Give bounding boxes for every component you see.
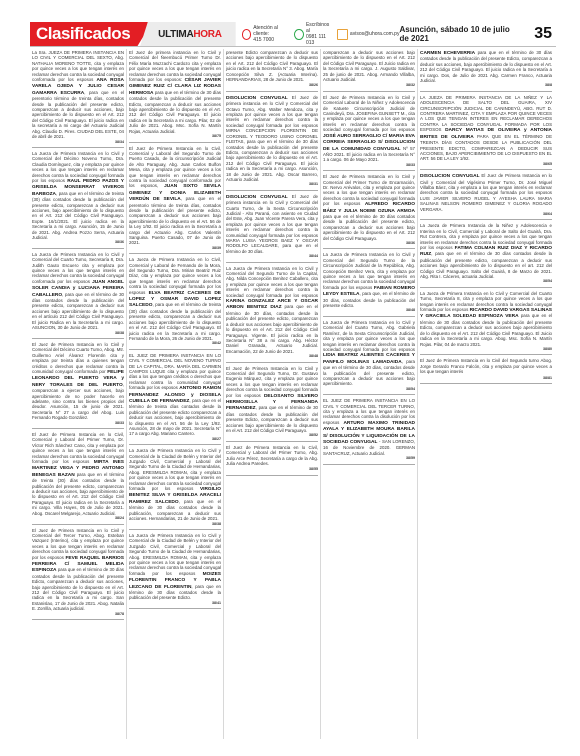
notice-names: DISOLUCION CONYUGAL — [420, 174, 480, 179]
notice-code: 38/36 — [323, 241, 415, 246]
mail-icon — [337, 29, 348, 40]
newspaper-page: Clasificados ULTIMAHORA Atención al clie… — [30, 22, 556, 738]
notice-text: para que en el término de 30 días contad… — [32, 567, 124, 611]
legal-notice: La Jueza de Primera Instancia en lo Civi… — [226, 265, 318, 363]
notice-text: , comparezcan a ejercer sus acciones, ba… — [32, 382, 124, 420]
notice-text: , para que en el término de treinta días… — [129, 398, 221, 436]
notice-code: 38/33 — [323, 163, 415, 168]
legal-notice: El Juez de Primera Instancia en lo Civil… — [420, 357, 552, 384]
notice-code: 38/81 — [420, 376, 552, 381]
legal-notice: DISOLUCION CONYUGAL El Juez de primera i… — [226, 193, 318, 263]
legal-notice: comparezcan a deducir sus acciones bajo … — [323, 49, 415, 92]
notice-text: El Juez de Primera Instancia en lo Civil… — [129, 146, 221, 189]
legal-notice: La Jueza de Primera Instancia en lo Civi… — [420, 290, 552, 355]
legal-notice: La Jueza de Primera Instancia en lo Civi… — [129, 447, 221, 530]
ultimahora-logo: ULTIMAHORA — [140, 22, 235, 46]
notice-text: , para que en el término de 30 días cont… — [32, 292, 124, 330]
legal-notice: La Jueza de Primera Instancia en lo Civi… — [323, 251, 415, 316]
legal-notice: El Juez de primera instancia en lo Civil… — [129, 49, 221, 143]
legal-notice: EL JUEZ DE PRIMERA INSTANCIA EN LO CIVIL… — [323, 397, 415, 464]
column-1: La Sra. JUEZA DE PRIMERA INSTANCIA EN LO… — [30, 49, 127, 739]
contact-whatsapp: Escríbinos al0981 111 013 — [294, 22, 330, 46]
notice-text: El Juez de Primera Instancia en lo Civil… — [420, 358, 552, 374]
notice-code: 38/33 — [32, 421, 124, 426]
notice-code: 38/55 — [226, 467, 318, 472]
notice-text: , para que en el término de treinta (30)… — [129, 302, 221, 340]
notice-text: , para que en el perentorio término de t… — [129, 196, 221, 245]
section-title: Clasificados — [30, 22, 152, 46]
notice-columns: La Sra. JUEZA DE PRIMERA INSTANCIA EN LO… — [30, 49, 556, 739]
notice-code: 38/65 — [420, 162, 552, 167]
notice-code: 38/34 — [32, 140, 124, 145]
column-2: El Juez de primera instancia en lo Civil… — [127, 49, 224, 739]
logo-part-ultima: ULTIMA — [158, 29, 193, 40]
contact-value: 415 7000 — [253, 37, 274, 43]
notice-code: 38/31 — [226, 182, 318, 187]
notice-code: 38/54 — [323, 387, 415, 392]
notice-code: 38/8 — [420, 83, 552, 88]
notice-text: El Juez de primera instancia en lo Civil… — [226, 95, 318, 182]
legal-notice: La Jueza de Primera Instancia en lo Civi… — [323, 319, 415, 395]
legal-notice: La Jueza de Primera Instancia en lo Civi… — [32, 150, 124, 249]
legal-notice: El Juez de Primera Instancia en lo Civil… — [323, 173, 415, 249]
notice-names: DISOLUCION CONYUGAL — [226, 195, 288, 200]
notice-code: 38/78 — [32, 612, 124, 617]
notice-text: El Juez de Primera Instancia en lo Civil… — [323, 95, 415, 132]
page-header: Clasificados ULTIMAHORA Atención al clie… — [30, 22, 556, 47]
notice-code: 38/80 — [420, 347, 552, 352]
notice-names: DISOLUCION CONYUGAL — [226, 96, 288, 101]
notice-code: 38/27 — [129, 437, 221, 442]
notice-text: comparezcan a deducir sus acciones bajo … — [323, 50, 415, 82]
legal-notice: La Sra. JUEZA DE PRIMERA INSTANCIA EN LO… — [32, 49, 124, 148]
legal-notice: presente Edicto comparezcan a deducir su… — [226, 49, 318, 92]
notice-code: 38/54 — [420, 279, 552, 284]
contact-email: avisos@uhora.com.py — [337, 29, 400, 40]
notice-text: para que en el término de treinta (30) d… — [32, 472, 124, 516]
notice-code: 38/41 — [129, 601, 221, 606]
phone-icon — [242, 29, 252, 40]
notice-code: 38/64 — [420, 212, 552, 217]
contact-phone: Atención al cliente:415 7000 — [242, 25, 289, 43]
logo-part-hora: HORA — [193, 29, 221, 40]
legal-notice: La Jueza de Primera Instancia en lo Civi… — [129, 256, 221, 350]
notice-code: 38/48 — [323, 308, 415, 313]
notice-text: El Juez de Primera Instancia en lo Civil… — [420, 173, 552, 211]
notice-code: 38/38 — [32, 331, 124, 336]
notice-text: El Juez de Primera Instancia en lo Civil… — [226, 445, 318, 466]
legal-notice: EL JUEZ DE PRIMERA INSTANCIA EN LO CIVIL… — [129, 352, 221, 446]
whatsapp-icon — [294, 29, 304, 40]
notice-code: 38/52 — [226, 433, 318, 438]
notice-text: La Jueza de Primera Instancia en lo Civi… — [323, 320, 415, 352]
column-5: CARMEN ECHEVERRIA para que en el término… — [418, 49, 554, 739]
legal-notice: CARMEN ECHEVERRIA para que en el término… — [420, 49, 552, 92]
notice-code: 38/36 — [32, 240, 124, 245]
notice-text: para que en el término de 30 días contad… — [129, 90, 221, 134]
notice-text: La Jueza de Primera Instancia en lo Civi… — [129, 257, 221, 294]
notice-text: presente Edicto comparezcan a deducir su… — [226, 50, 318, 82]
issue-date: Asunción, sábado 10 de julio de 2021 — [399, 25, 520, 43]
contact-value: avisos@uhora.com.py — [350, 31, 400, 37]
legal-notice: DISOLUCION CONYUGAL El Juez de Primera I… — [420, 172, 552, 220]
column-3: presente Edicto comparezcan a deducir su… — [224, 49, 321, 739]
notice-code: 38/59 — [323, 456, 415, 461]
notice-code: 38/44 — [226, 254, 318, 259]
notice-names: CARMEN ECHEVERRIA — [420, 51, 475, 56]
legal-notice: El Juez de Primera Instancia en lo Civil… — [32, 341, 124, 429]
notice-code: 38/24 — [32, 516, 124, 521]
notice-code: 38/39 — [129, 246, 221, 251]
notice-text: El Juez de primera instancia en lo Civil… — [226, 194, 318, 254]
notice-code: 38/38 — [129, 522, 221, 527]
notice-text: La Jueza de Primera Instancia en lo Civi… — [129, 533, 221, 576]
legal-notice: LA JUEZA DE PRIMERA INSTANCIA DE LA NIÑE… — [420, 94, 552, 170]
legal-notice: El Juez de Primera Instancia en lo Civil… — [129, 145, 221, 255]
column-4: comparezcan a deducir sus acciones bajo … — [321, 49, 418, 739]
legal-notice: DISOLUCION CONYUGAL El Juez de primera i… — [226, 94, 318, 191]
notice-text: LA JUEZA DE PRIMERA INSTANCIA DE LA NIÑE… — [420, 95, 552, 132]
legal-notice: El Juez de Primera Instancia en lo Civil… — [32, 431, 124, 525]
legal-notice: La Jueza de Primera Instancia en lo Civi… — [129, 532, 221, 609]
legal-notice: El Juez de Primera Instancia en lo Civil… — [226, 365, 318, 442]
notice-text: La Jueza de Primera Instancia en lo Civi… — [129, 448, 221, 491]
notice-text: , para que en el término de 30 días cont… — [420, 251, 552, 279]
notice-text: La Jueza de Primera Instancia en lo Civi… — [226, 266, 318, 298]
legal-notice: La Jueza de Primera Instancia de la Niñe… — [420, 222, 552, 287]
notice-code: 38/32 — [323, 83, 415, 88]
legal-notice: La Jueza de Primera Instancia en lo Civi… — [32, 251, 124, 339]
contact-label: Atención al cliente: — [253, 25, 278, 37]
notice-text: para que en el término de 30 días, conta… — [226, 304, 318, 353]
notice-text: , para que en el perentorio término de t… — [32, 90, 124, 139]
contact-value: 0981 111 013 — [306, 34, 326, 46]
contact-label: Escríbinos al — [306, 22, 329, 34]
legal-notice: El Juez de Primera Instancia en lo Civil… — [226, 444, 318, 476]
notice-code: 38/75 — [129, 134, 221, 139]
notice-code: 38/42 — [129, 341, 221, 346]
notice-text: EL JUEZ DE PRIMERA INSTANCIA EN LO CIVIL… — [129, 353, 221, 390]
notice-code: 38/48 — [226, 354, 318, 359]
notice-text: , para que en el término de treinta (30)… — [32, 191, 124, 240]
notice-code: 38/26 — [226, 83, 318, 88]
notice-text: La Jueza de Primera Instancia en lo Civi… — [323, 252, 415, 289]
legal-notice: El Juez de Primera Instancia en lo Civil… — [323, 94, 415, 171]
page-number: 35 — [534, 25, 552, 43]
legal-notice: El Juez de Primera Instancia en lo Civil… — [32, 527, 124, 621]
notice-text: para que en el término de 30 días contad… — [323, 214, 415, 241]
